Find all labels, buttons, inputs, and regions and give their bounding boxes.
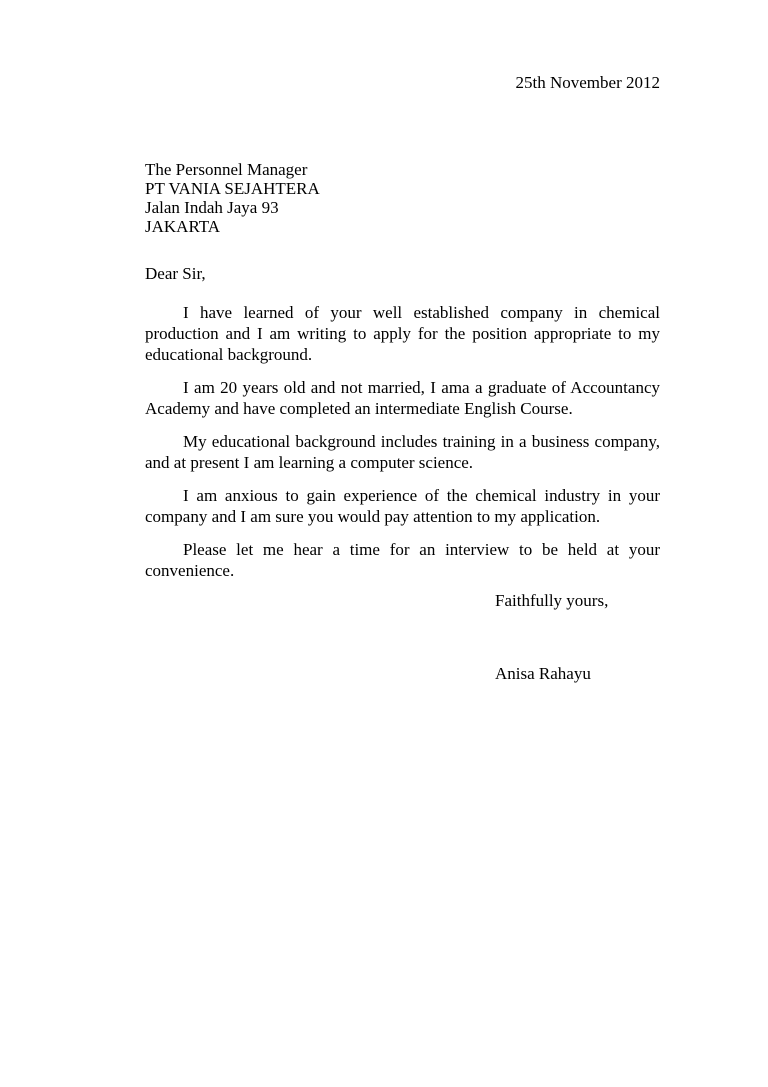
letter-page: 25th November 2012 The Personnel Manager… xyxy=(0,0,768,1087)
signature-name: Anisa Rahayu xyxy=(495,664,591,684)
recipient-line-title: The Personnel Manager xyxy=(145,160,320,179)
body-paragraph-1: I have learned of your well established … xyxy=(145,302,660,365)
body-paragraph-3: My educational background includes train… xyxy=(145,431,660,473)
recipient-address: The Personnel Manager PT VANIA SEJAHTERA… xyxy=(145,160,320,236)
recipient-line-street: Jalan Indah Jaya 93 xyxy=(145,198,320,217)
letter-body: I have learned of your well established … xyxy=(145,302,660,593)
recipient-line-city: JAKARTA xyxy=(145,217,320,236)
body-paragraph-4: I am anxious to gain experience of the c… xyxy=(145,485,660,527)
body-paragraph-5: Please let me hear a time for an intervi… xyxy=(145,539,660,581)
salutation: Dear Sir, xyxy=(145,264,206,284)
recipient-line-company: PT VANIA SEJAHTERA xyxy=(145,179,320,198)
closing-phrase: Faithfully yours, xyxy=(495,591,608,611)
letter-date: 25th November 2012 xyxy=(145,73,660,93)
body-paragraph-2: I am 20 years old and not married, I ama… xyxy=(145,377,660,419)
